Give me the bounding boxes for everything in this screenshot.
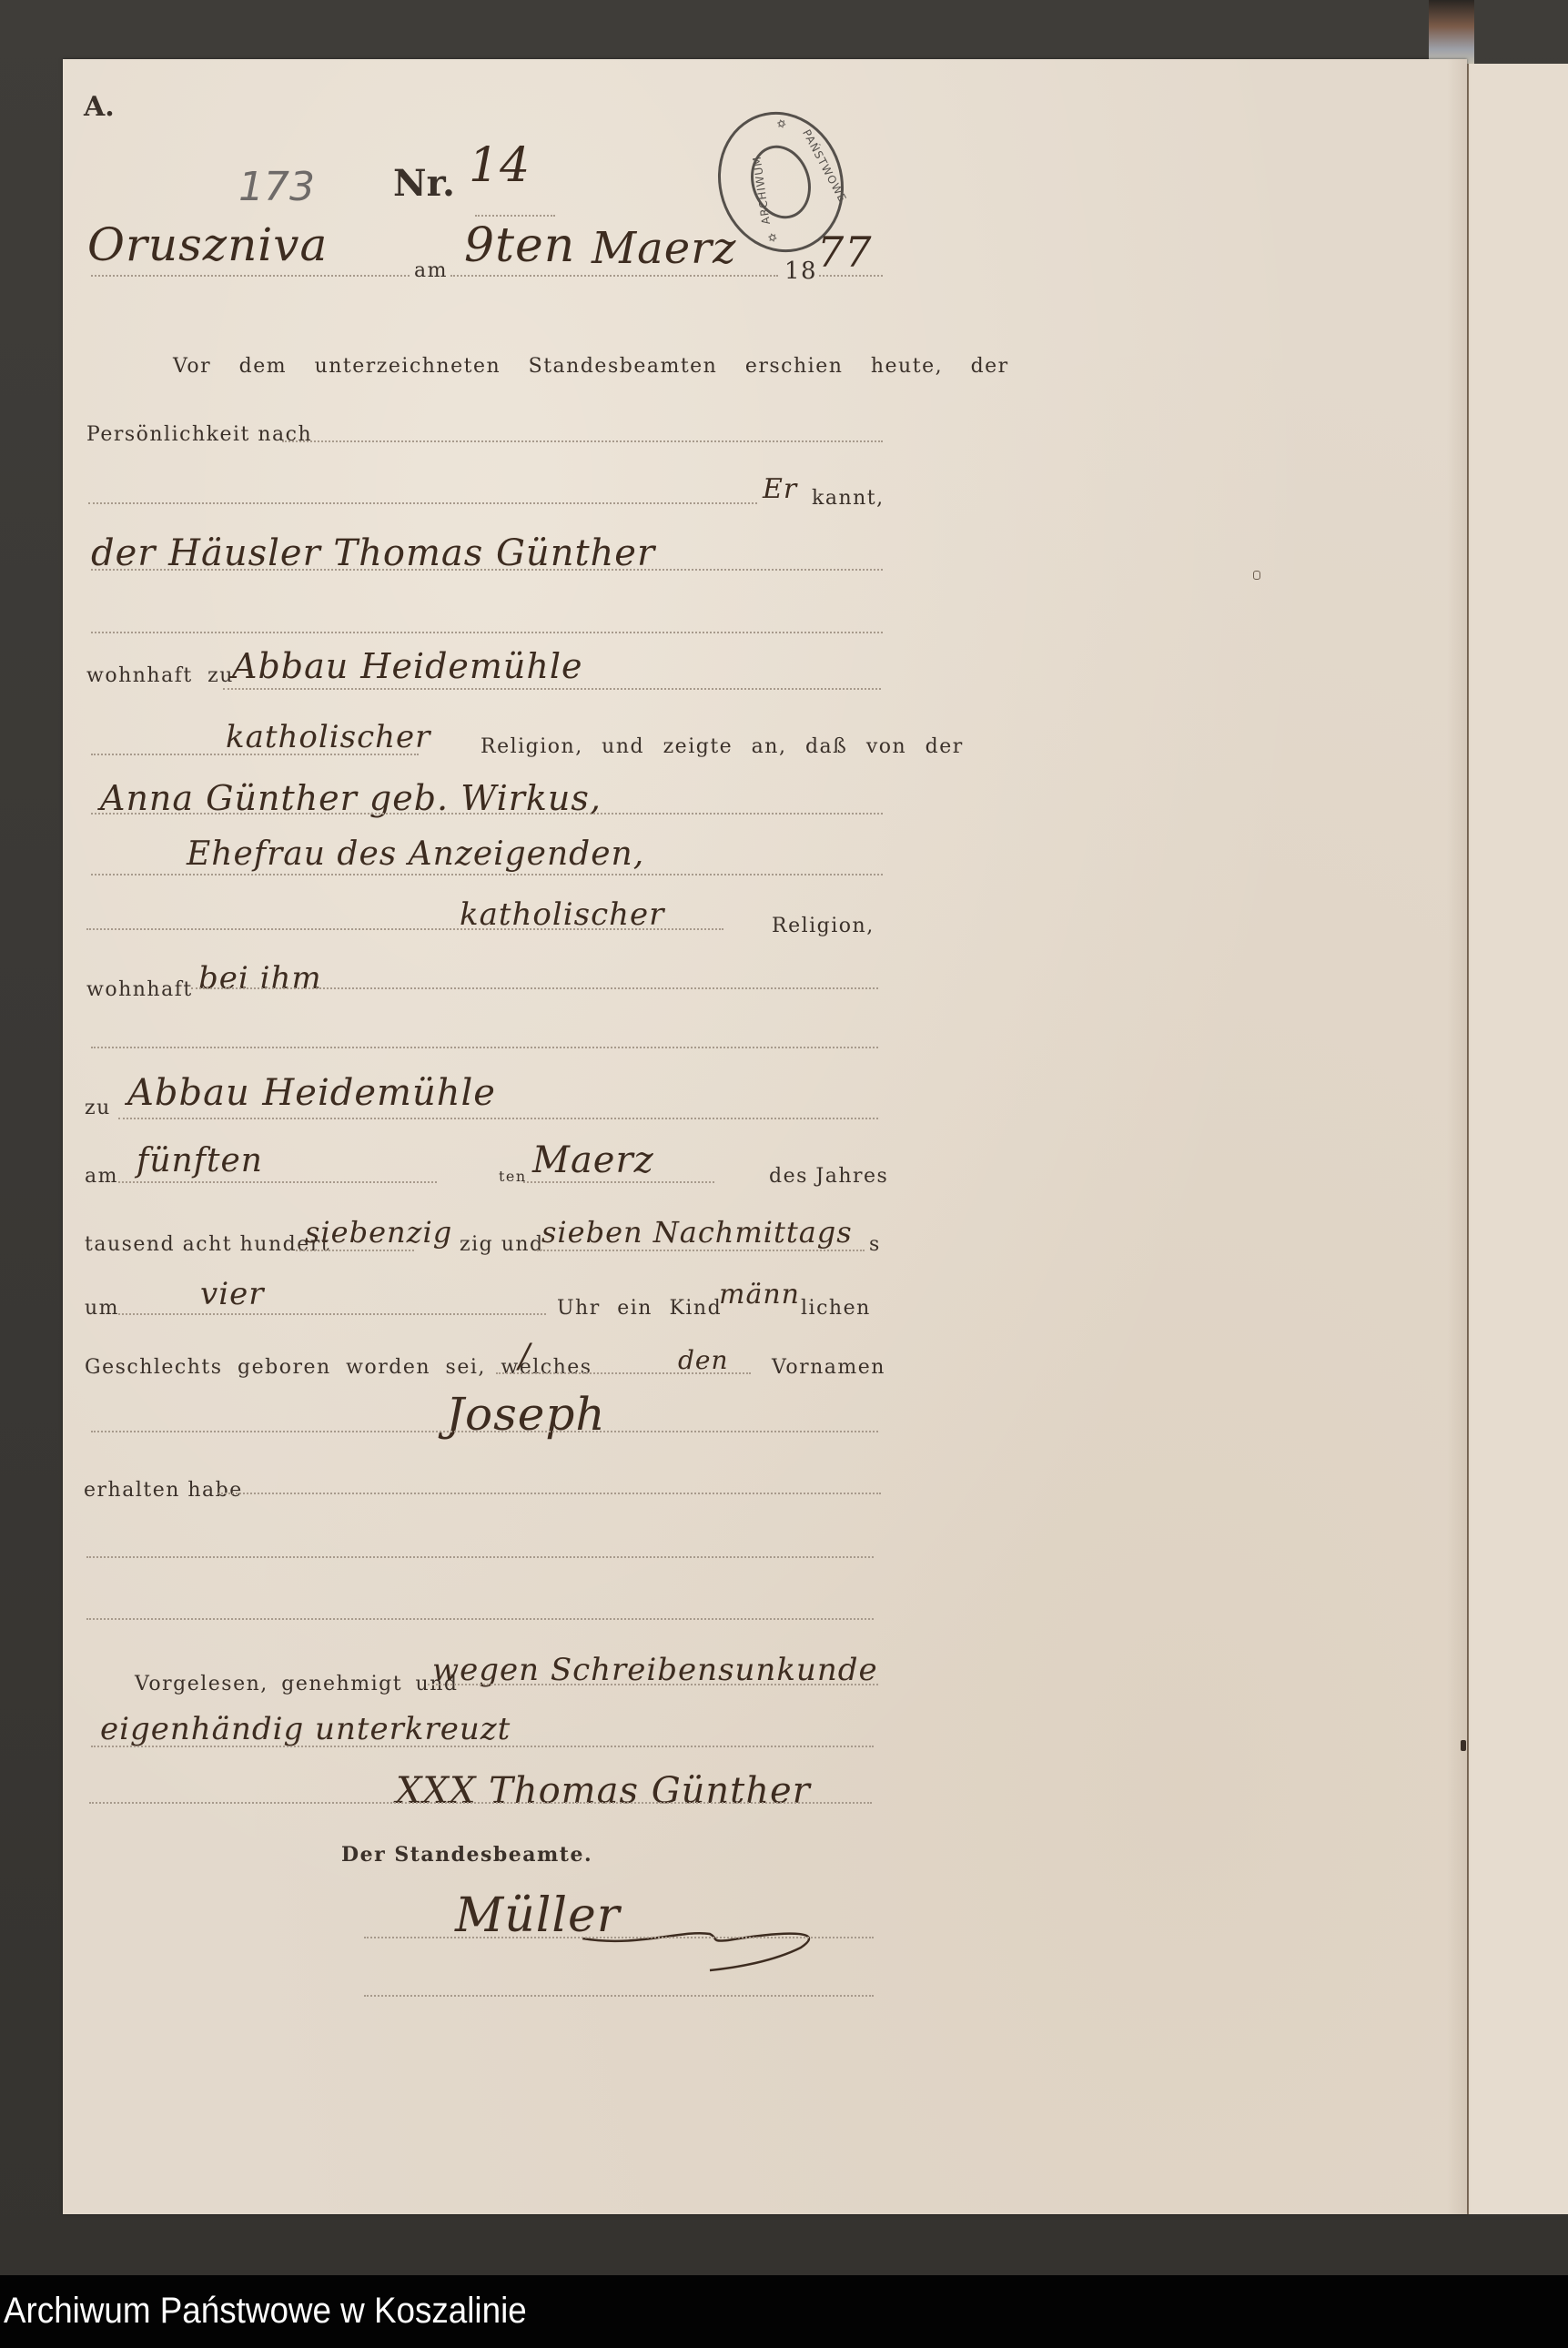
- dotted-rule: [428, 1684, 878, 1685]
- am-label: am: [414, 259, 448, 282]
- form-text: kannt,: [812, 487, 885, 510]
- form-text: Geschlechts geboren worden sei, welches: [85, 1356, 592, 1379]
- birth-year-tens: siebenzig: [305, 1215, 452, 1250]
- form-text: Religion, und zeigte an, daß von der: [481, 735, 964, 758]
- dotted-rule: [118, 1118, 878, 1119]
- dotted-rule: [86, 1618, 874, 1620]
- date-day: 9ten: [464, 218, 575, 273]
- place-name: Oruszniva: [87, 218, 328, 271]
- dotted-rule: [819, 275, 883, 277]
- dotted-rule: [223, 688, 881, 690]
- birth-year-units: sieben Nachmittags: [541, 1215, 853, 1250]
- registrar-title: Der Standesbeamte.: [341, 1843, 592, 1867]
- book-spine: [1429, 0, 1474, 66]
- year-prefix: 18: [784, 258, 817, 285]
- form-text: Persönlichkeit nach: [86, 423, 312, 446]
- form-text: am: [85, 1165, 118, 1188]
- dotted-rule: [88, 502, 757, 504]
- nr-line: [475, 215, 555, 217]
- dotted-rule: [118, 1313, 546, 1315]
- dotted-rule: [450, 275, 778, 277]
- form-text: erhalten habe: [84, 1479, 243, 1502]
- residence-entry: Abbau Heidemühle: [232, 646, 583, 686]
- paper-mark: [1253, 571, 1260, 580]
- dotted-rule: [537, 1250, 865, 1251]
- handwritten-entry: Er: [763, 473, 797, 505]
- birth-month: Maerz: [532, 1139, 654, 1181]
- year-suffix: 77: [817, 228, 873, 277]
- child-sex: männ: [719, 1279, 800, 1311]
- dotted-rule: [91, 569, 883, 571]
- dotted-rule: [91, 275, 410, 277]
- mother-religion: katholischer: [460, 896, 664, 933]
- archive-name: Archiwum Państwowe w Koszalinie: [4, 2291, 527, 2332]
- dotted-rule: [86, 928, 723, 930]
- dotted-rule: [91, 632, 883, 633]
- archive-footer-bar: Archiwum Państwowe w Koszalinie: [0, 2275, 1568, 2348]
- dotted-rule: [91, 1047, 878, 1048]
- nr-label: Nr.: [393, 162, 455, 205]
- form-text: Vor dem unterzeichneten Standesbeamten e…: [173, 355, 1009, 378]
- dotted-rule: [364, 1937, 874, 1938]
- dotted-rule: [89, 1802, 872, 1804]
- dotted-rule: [91, 874, 883, 875]
- dotted-rule: [118, 1181, 437, 1183]
- birth-day: fünften: [137, 1142, 263, 1179]
- dotted-rule: [91, 813, 883, 815]
- religion-entry: katholischer: [226, 719, 430, 755]
- form-text: wohnhaft: [86, 978, 193, 1001]
- form-text: lichen: [801, 1297, 871, 1320]
- dotted-rule: [364, 1995, 874, 1997]
- mother-residence: bei ihm: [198, 960, 322, 997]
- gutter-mark: [1461, 1740, 1466, 1751]
- dotted-rule: [86, 1556, 874, 1558]
- gutter-shadow: [1447, 59, 1467, 2214]
- form-text: Vorgelesen, genehmigt und: [135, 1673, 458, 1695]
- right-page: [1467, 64, 1568, 2214]
- pencil-record-number: 173: [238, 164, 315, 210]
- form-text: tausend acht hundert: [85, 1233, 330, 1256]
- form-text: des Jahres: [769, 1165, 888, 1188]
- signature-flourish: [582, 1920, 837, 1975]
- document-page: [63, 59, 1467, 2214]
- dotted-rule: [91, 1431, 878, 1432]
- handwritten-mark: /: [519, 1338, 531, 1375]
- form-text: zu: [85, 1097, 111, 1119]
- form-text: Uhr ein Kind: [557, 1297, 722, 1320]
- closing-note-2: eigenhändig unterkreuzt: [100, 1711, 511, 1747]
- declarant-signature: XXX Thomas Günther: [396, 1770, 811, 1812]
- handwritten-entry: den: [678, 1345, 729, 1375]
- dotted-rule: [296, 1250, 414, 1251]
- closing-note: wegen Schreibensunkunde: [432, 1652, 878, 1688]
- dotted-rule: [91, 1746, 874, 1747]
- dotted-rule: [91, 754, 419, 755]
- form-text: um: [85, 1297, 119, 1320]
- form-letter: A.: [84, 91, 115, 123]
- birth-hour: vier: [200, 1276, 264, 1312]
- record-number: 14: [469, 138, 531, 193]
- date-month: Maerz: [592, 223, 736, 274]
- form-text: s: [869, 1233, 881, 1256]
- birth-place: Abbau Heidemühle: [127, 1072, 496, 1114]
- star-icon: ✡: [766, 230, 781, 247]
- form-text: Vornamen: [772, 1356, 885, 1379]
- dotted-rule: [523, 1181, 714, 1183]
- dotted-rule: [191, 987, 878, 989]
- star-icon: ✡: [775, 116, 790, 133]
- form-text: wohnhaft zu: [86, 664, 234, 687]
- form-text: zig und: [460, 1233, 544, 1256]
- dotted-rule: [218, 1493, 881, 1494]
- dotted-rule: [282, 440, 883, 442]
- child-name: Joseph: [446, 1388, 606, 1441]
- mother-relation: Ehefrau des Anzeigenden,: [187, 835, 644, 873]
- form-text: Religion,: [772, 915, 875, 937]
